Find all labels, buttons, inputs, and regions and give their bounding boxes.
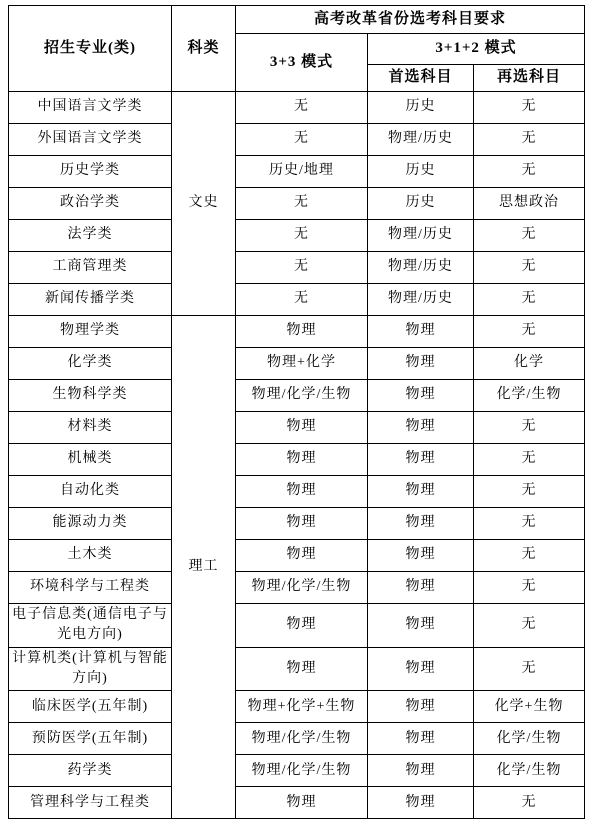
second-subject-cell: 无 [474, 220, 585, 252]
category-cell: 理工 [172, 316, 236, 819]
first-subject-cell: 物理/历史 [368, 284, 474, 316]
first-subject-cell: 物理 [368, 348, 474, 380]
table-row: 电子信息类(通信电子与光电方向)物理物理无 [9, 604, 585, 648]
table-row: 生物科学类物理/化学/生物物理化学/生物 [9, 380, 585, 412]
first-subject-cell: 物理 [368, 572, 474, 604]
major-cell: 法学类 [9, 220, 172, 252]
first-subject-cell: 物理/历史 [368, 220, 474, 252]
second-subject-cell: 化学+生物 [474, 691, 585, 723]
first-subject-cell: 物理 [368, 787, 474, 819]
header-category: 科类 [172, 6, 236, 92]
major-cell: 政治学类 [9, 188, 172, 220]
first-subject-cell: 物理 [368, 755, 474, 787]
major-cell: 外国语言文学类 [9, 124, 172, 156]
major-cell: 历史学类 [9, 156, 172, 188]
major-cell: 物理学类 [9, 316, 172, 348]
second-subject-cell: 无 [474, 604, 585, 648]
major-cell: 新闻传播学类 [9, 284, 172, 316]
header-row-1: 招生专业(类) 科类 高考改革省份选考科目要求 [9, 6, 585, 34]
second-subject-cell: 无 [474, 92, 585, 124]
header-first-subject: 首选科目 [368, 65, 474, 92]
second-subject-cell: 思想政治 [474, 188, 585, 220]
table-row: 材料类物理物理无 [9, 412, 585, 444]
major-cell: 预防医学(五年制) [9, 723, 172, 755]
major-cell: 管理科学与工程类 [9, 787, 172, 819]
mode-3-3-cell: 物理 [236, 604, 368, 648]
table-row: 化学类物理+化学物理化学 [9, 348, 585, 380]
mode-3-3-cell: 无 [236, 92, 368, 124]
table-row: 新闻传播学类无物理/历史无 [9, 284, 585, 316]
subject-requirements-table: 招生专业(类) 科类 高考改革省份选考科目要求 3+3 模式 3+1+2 模式 … [8, 5, 585, 819]
table-body: 中国语言文学类文史无历史无外国语言文学类无物理/历史无历史学类历史/地理历史无政… [9, 92, 585, 819]
table-row: 药学类物理/化学/生物物理化学/生物 [9, 755, 585, 787]
table-row: 外国语言文学类无物理/历史无 [9, 124, 585, 156]
second-subject-cell: 无 [474, 284, 585, 316]
first-subject-cell: 物理 [368, 691, 474, 723]
table-row: 法学类无物理/历史无 [9, 220, 585, 252]
second-subject-cell: 化学/生物 [474, 755, 585, 787]
major-cell: 材料类 [9, 412, 172, 444]
second-subject-cell: 无 [474, 444, 585, 476]
second-subject-cell: 无 [474, 412, 585, 444]
table-row: 预防医学(五年制)物理/化学/生物物理化学/生物 [9, 723, 585, 755]
major-cell: 能源动力类 [9, 508, 172, 540]
second-subject-cell: 无 [474, 647, 585, 691]
first-subject-cell: 物理/历史 [368, 124, 474, 156]
mode-3-3-cell: 物理/化学/生物 [236, 380, 368, 412]
second-subject-cell: 化学 [474, 348, 585, 380]
mode-3-3-cell: 物理 [236, 508, 368, 540]
second-subject-cell: 无 [474, 508, 585, 540]
major-cell: 电子信息类(通信电子与光电方向) [9, 604, 172, 648]
major-cell: 工商管理类 [9, 252, 172, 284]
first-subject-cell: 物理 [368, 723, 474, 755]
second-subject-cell: 化学/生物 [474, 380, 585, 412]
first-subject-cell: 物理 [368, 476, 474, 508]
first-subject-cell: 历史 [368, 92, 474, 124]
first-subject-cell: 物理 [368, 316, 474, 348]
mode-3-3-cell: 物理+化学+生物 [236, 691, 368, 723]
mode-3-3-cell: 物理+化学 [236, 348, 368, 380]
table-row: 计算机类(计算机与智能方向)物理物理无 [9, 647, 585, 691]
mode-3-3-cell: 物理 [236, 316, 368, 348]
second-subject-cell: 无 [474, 316, 585, 348]
table-row: 机械类物理物理无 [9, 444, 585, 476]
major-cell: 中国语言文学类 [9, 92, 172, 124]
first-subject-cell: 物理 [368, 412, 474, 444]
header-second-subject: 再选科目 [474, 65, 585, 92]
second-subject-cell: 无 [474, 572, 585, 604]
table-row: 工商管理类无物理/历史无 [9, 252, 585, 284]
second-subject-cell: 无 [474, 124, 585, 156]
second-subject-cell: 无 [474, 787, 585, 819]
major-cell: 自动化类 [9, 476, 172, 508]
mode-3-3-cell: 物理 [236, 476, 368, 508]
header-requirements: 高考改革省份选考科目要求 [236, 6, 585, 34]
header-major: 招生专业(类) [9, 6, 172, 92]
first-subject-cell: 物理 [368, 444, 474, 476]
major-cell: 计算机类(计算机与智能方向) [9, 647, 172, 691]
first-subject-cell: 物理 [368, 380, 474, 412]
table-row: 管理科学与工程类物理物理无 [9, 787, 585, 819]
table-row: 物理学类理工物理物理无 [9, 316, 585, 348]
table-row: 中国语言文学类文史无历史无 [9, 92, 585, 124]
mode-3-3-cell: 无 [236, 124, 368, 156]
table-row: 自动化类物理物理无 [9, 476, 585, 508]
table-row: 环境科学与工程类物理/化学/生物物理无 [9, 572, 585, 604]
mode-3-3-cell: 无 [236, 252, 368, 284]
major-cell: 生物科学类 [9, 380, 172, 412]
first-subject-cell: 物理 [368, 647, 474, 691]
second-subject-cell: 无 [474, 540, 585, 572]
major-cell: 环境科学与工程类 [9, 572, 172, 604]
second-subject-cell: 无 [474, 476, 585, 508]
major-cell: 机械类 [9, 444, 172, 476]
major-cell: 药学类 [9, 755, 172, 787]
second-subject-cell: 无 [474, 156, 585, 188]
mode-3-3-cell: 物理 [236, 647, 368, 691]
header-mode-3-3: 3+3 模式 [236, 34, 368, 92]
category-cell: 文史 [172, 92, 236, 316]
mode-3-3-cell: 无 [236, 188, 368, 220]
header-mode-3-1-2: 3+1+2 模式 [368, 34, 585, 65]
major-cell: 化学类 [9, 348, 172, 380]
mode-3-3-cell: 物理 [236, 787, 368, 819]
mode-3-3-cell: 物理/化学/生物 [236, 572, 368, 604]
table-header: 招生专业(类) 科类 高考改革省份选考科目要求 3+3 模式 3+1+2 模式 … [9, 6, 585, 92]
mode-3-3-cell: 无 [236, 220, 368, 252]
mode-3-3-cell: 物理 [236, 540, 368, 572]
major-cell: 临床医学(五年制) [9, 691, 172, 723]
first-subject-cell: 物理 [368, 540, 474, 572]
table-row: 土木类物理物理无 [9, 540, 585, 572]
table-row: 历史学类历史/地理历史无 [9, 156, 585, 188]
first-subject-cell: 历史 [368, 188, 474, 220]
major-cell: 土木类 [9, 540, 172, 572]
mode-3-3-cell: 无 [236, 284, 368, 316]
first-subject-cell: 物理 [368, 604, 474, 648]
first-subject-cell: 历史 [368, 156, 474, 188]
first-subject-cell: 物理/历史 [368, 252, 474, 284]
table-row: 临床医学(五年制)物理+化学+生物物理化学+生物 [9, 691, 585, 723]
mode-3-3-cell: 物理 [236, 444, 368, 476]
table-row: 能源动力类物理物理无 [9, 508, 585, 540]
mode-3-3-cell: 物理/化学/生物 [236, 723, 368, 755]
second-subject-cell: 无 [474, 252, 585, 284]
second-subject-cell: 化学/生物 [474, 723, 585, 755]
mode-3-3-cell: 历史/地理 [236, 156, 368, 188]
mode-3-3-cell: 物理/化学/生物 [236, 755, 368, 787]
page: 招生专业(类) 科类 高考改革省份选考科目要求 3+3 模式 3+1+2 模式 … [0, 0, 590, 797]
mode-3-3-cell: 物理 [236, 412, 368, 444]
table-row: 政治学类无历史思想政治 [9, 188, 585, 220]
first-subject-cell: 物理 [368, 508, 474, 540]
